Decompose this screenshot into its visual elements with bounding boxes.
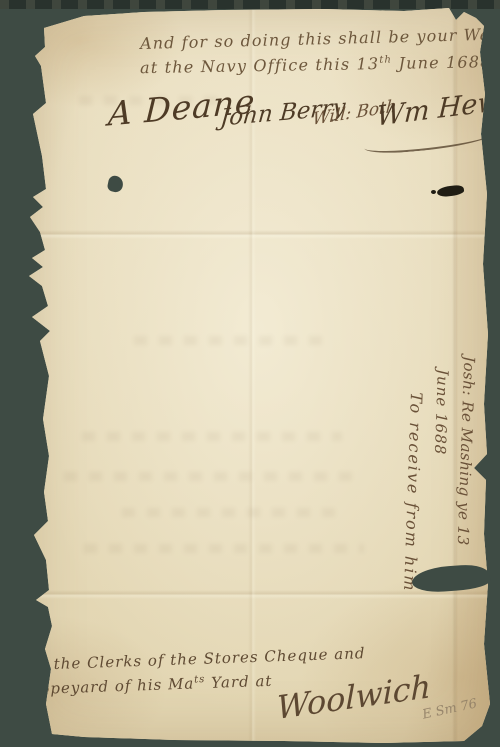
verso-showthrough-line xyxy=(64,472,364,481)
address-line-1: To the Clerks of the Stores Cheque and xyxy=(28,644,366,674)
warrant-date-post: June 1688. / xyxy=(392,52,500,73)
ink-blot-speck xyxy=(431,190,436,194)
photo-background: And for so doing this shall be your Warr… xyxy=(0,0,500,747)
verso-showthrough-line xyxy=(82,432,342,441)
address-line-2: Ropeyard of his Mats Yard at xyxy=(28,672,273,699)
warrant-date-pre: at the Navy Office this 13 xyxy=(140,54,380,77)
verso-showthrough-line xyxy=(122,508,342,517)
address-pre: Ropeyard of his Ma xyxy=(28,674,195,698)
address-post: Yard at xyxy=(205,672,273,692)
verso-showthrough-line xyxy=(84,544,364,553)
warrant-closing-line-2: at the Navy Office this 13th June 1688. … xyxy=(140,52,500,77)
warrant-closing-line-1: And for so doing this shall be your Warr… xyxy=(140,22,500,53)
verso-showthrough-line xyxy=(134,336,334,345)
document-page: And for so doing this shall be your Warr… xyxy=(24,4,494,744)
warrant-date-superscript: th xyxy=(379,55,392,66)
background-edge-strip xyxy=(0,0,500,9)
address-place-woolwich: Woolwich xyxy=(277,667,431,727)
horizontal-fold-crease-upper xyxy=(24,230,494,239)
address-superscript: ts xyxy=(194,674,206,685)
